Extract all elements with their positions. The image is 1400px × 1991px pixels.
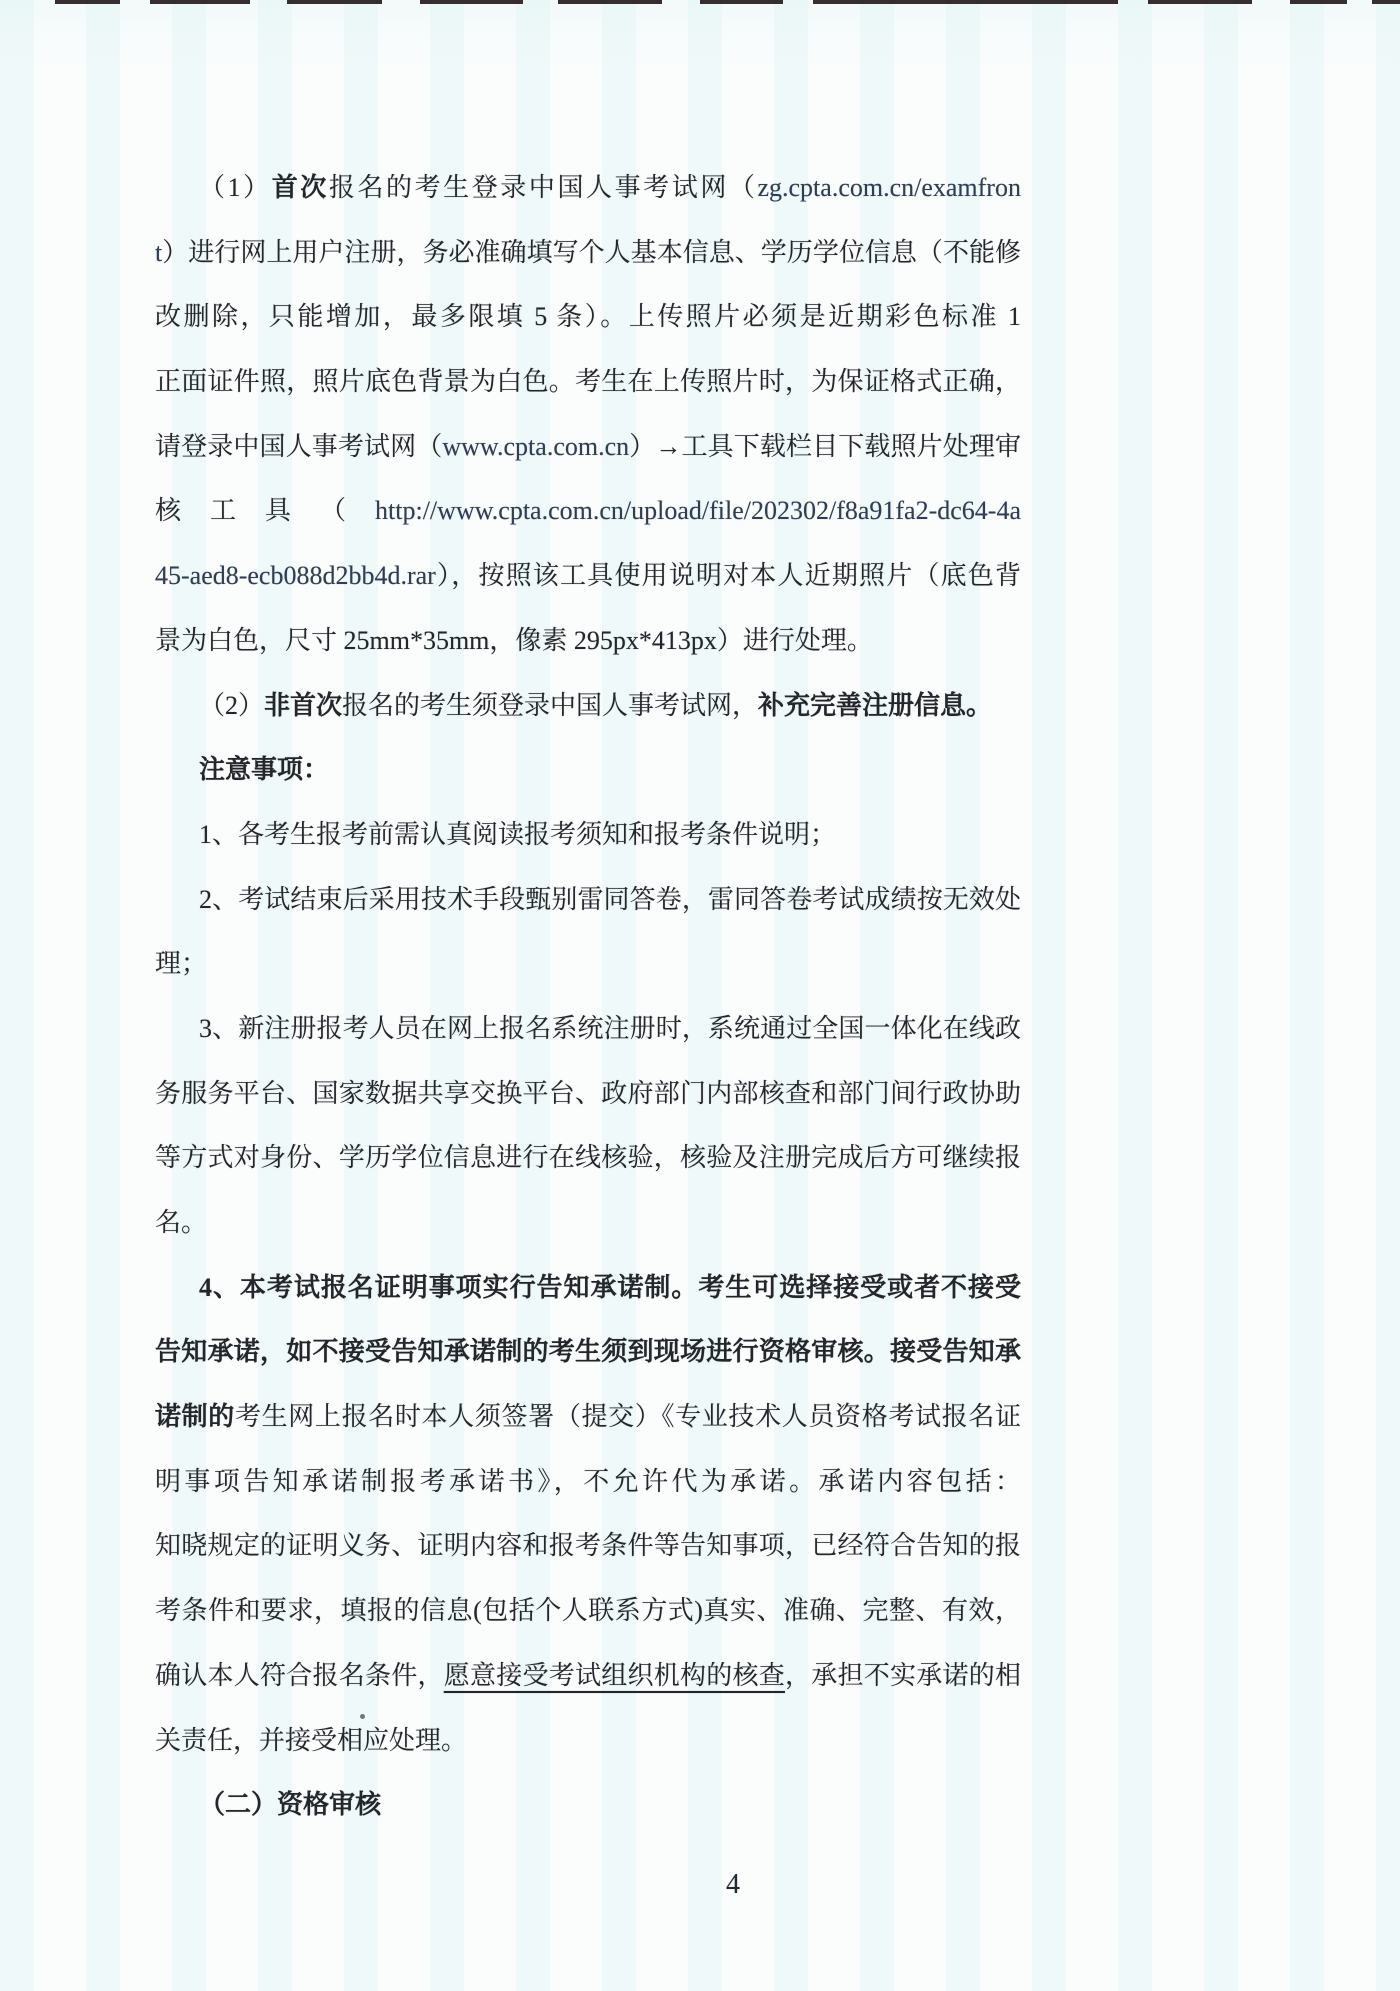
- text-line: 2、考试结束后采用技术手段甄别雷同答卷，雷同答卷考试成绩按无效处: [155, 868, 1021, 933]
- scan-artifact: [150, 0, 250, 4]
- text-segment: ）→工具下载栏目下载照片处理审: [629, 432, 1021, 461]
- text-line: 4、本考试报名证明事项实行告知承诺制。考生可选择接受或者不接受: [155, 1256, 1021, 1321]
- text-segment: 改删除，只能增加，最多限填 5 条）。上传照片必须是近期彩色标准 1 寸免冠: [155, 302, 1021, 350]
- underlined-text: 愿意接受考试组织机构的核查: [444, 1661, 785, 1690]
- text-segment: 务服务平台、国家数据共享交换平台、政府部门内部核查和部门间行政协助: [155, 1079, 1021, 1108]
- text-segment: 核工具（: [155, 496, 375, 525]
- bold-text: 诺制的: [155, 1402, 235, 1431]
- text-line: 注意事项：: [155, 738, 1021, 803]
- text-line: 明事项告知承诺制报考承诺书》，不允许代为承诺。承诺内容包括：确认已经: [155, 1450, 1021, 1515]
- text-segment: 知晓规定的证明义务、证明内容和报考条件等告知事项，已经符合告知的报: [155, 1531, 1021, 1560]
- text-segment: 关责任，并接受相应处理。: [155, 1726, 467, 1755]
- bold-text: 非首次: [264, 691, 342, 720]
- url-text: 45-aed8-ecb088d2bb4d.rar: [155, 561, 436, 590]
- text-line: 改删除，只能增加，最多限填 5 条）。上传照片必须是近期彩色标准 1 寸免冠: [155, 285, 1021, 350]
- url-text: http://www.cpta.com.cn/upload/file/20230…: [375, 496, 1021, 525]
- text-segment: 2、考试结束后采用技术手段甄别雷同答卷，雷同答卷考试成绩按无效处: [199, 885, 1021, 914]
- text-segment: 考条件和要求，填报的信息(包括个人联系方式)真实、准确、完整、有效，: [155, 1596, 1021, 1625]
- scan-artifact: [420, 0, 523, 4]
- scan-artifact: [287, 0, 382, 4]
- text-line: t）进行网上用户注册，务必准确填写个人基本信息、学历学位信息（不能修: [155, 221, 1021, 286]
- text-segment: 确认本人符合报名条件，: [155, 1661, 444, 1690]
- text-line: 告知承诺，如不接受告知承诺制的考生须到现场进行资格审核。接受告知承: [155, 1320, 1021, 1385]
- text-line: （二）资格审核: [155, 1773, 1021, 1838]
- scan-artifact: [55, 0, 120, 4]
- text-line: 务服务平台、国家数据共享交换平台、政府部门内部核查和部门间行政协助: [155, 1062, 1021, 1127]
- text-segment: 3、新注册报考人员在网上报名系统注册时，系统通过全国一体化在线政: [199, 1014, 1021, 1043]
- bold-text: （二）资格审核: [199, 1790, 381, 1819]
- text-line: 关责任，并接受相应处理。: [155, 1709, 1021, 1774]
- bold-text: 注意事项：: [199, 755, 329, 784]
- text-segment: ），按照该工具使用说明对本人近期照片（底色背: [436, 561, 1021, 590]
- text-segment: 请登录中国人事考试网（: [155, 432, 442, 461]
- text-line: 诺制的考生网上报名时本人须签署（提交）《专业技术人员资格考试报名证: [155, 1385, 1021, 1450]
- text-segment: （2）: [199, 691, 264, 720]
- bold-text: 告知承诺，如不接受告知承诺制的考生须到现场进行资格审核。接受告知承: [155, 1337, 1021, 1366]
- scan-artifact: [1290, 0, 1347, 4]
- text-segment: 名。: [155, 1208, 207, 1237]
- document-page: （1）首次报名的考生登录中国人事考试网（zg.cpta.com.cn/examf…: [0, 0, 1400, 1991]
- url-text: zg.cpta.com.cn/examfron: [757, 173, 1021, 202]
- text-line: 名。: [155, 1191, 1021, 1256]
- text-line: 理；: [155, 932, 1021, 997]
- text-segment: 景为白色，尺寸 25mm*35mm，像素 295px*413px）进行处理。: [155, 626, 873, 655]
- text-line: 考条件和要求，填报的信息(包括个人联系方式)真实、准确、完整、有效，: [155, 1579, 1021, 1644]
- text-line: 核工具（http://www.cpta.com.cn/upload/file/2…: [155, 479, 1021, 544]
- scan-artifact: [813, 0, 1118, 4]
- text-line: （1）首次报名的考生登录中国人事考试网（zg.cpta.com.cn/examf…: [155, 156, 1021, 221]
- text-line: 确认本人符合报名条件，愿意接受考试组织机构的核查，承担不实承诺的相: [155, 1644, 1021, 1709]
- bold-text: 首次: [272, 173, 329, 202]
- text-segment: 正面证件照，照片底色背景为白色。考生在上传照片时，为保证格式正确，: [155, 367, 1021, 396]
- text-line: 等方式对身份、学历学位信息进行在线核验，核验及注册完成后方可继续报: [155, 1126, 1021, 1191]
- text-line: （2）非首次报名的考生须登录中国人事考试网，补充完善注册信息。: [155, 674, 1021, 739]
- text-line: 1、各考生报考前需认真阅读报考须知和报考条件说明；: [155, 803, 1021, 868]
- text-segment: 明事项告知承诺制报考承诺书》，不允许代为承诺。承诺内容包括：确认已经: [155, 1467, 1021, 1515]
- text-line: 正面证件照，照片底色背景为白色。考生在上传照片时，为保证格式正确，: [155, 350, 1021, 415]
- page-number: 4: [726, 1869, 740, 1901]
- text-segment: 1、各考生报考前需认真阅读报考须知和报考条件说明；: [199, 820, 836, 849]
- text-segment: 报名的考生须登录中国人事考试网，: [342, 691, 758, 720]
- url-text: www.cpta.com.cn: [442, 432, 629, 461]
- text-segment: ，承担不实承诺的相: [785, 1661, 1021, 1690]
- text-segment: 考生网上报名时本人须签署（提交）《专业技术人员资格考试报名证: [235, 1402, 1021, 1431]
- text-line: 请登录中国人事考试网（www.cpta.com.cn）→工具下载栏目下载照片处理…: [155, 415, 1021, 480]
- text-line: 3、新注册报考人员在网上报名系统注册时，系统通过全国一体化在线政: [155, 997, 1021, 1062]
- text-segment: 报名的考生登录中国人事考试网（: [329, 173, 758, 202]
- text-segment: （1）: [199, 173, 272, 202]
- text-line: 知晓规定的证明义务、证明内容和报考条件等告知事项，已经符合告知的报: [155, 1514, 1021, 1579]
- scan-artifact: [558, 0, 662, 4]
- bold-text: 补充完善注册信息。: [758, 691, 992, 720]
- document-body: （1）首次报名的考生登录中国人事考试网（zg.cpta.com.cn/examf…: [155, 156, 1021, 1838]
- text-line: 景为白色，尺寸 25mm*35mm，像素 295px*413px）进行处理。: [155, 609, 1021, 674]
- bold-text: 4、本考试报名证明事项实行告知承诺制。考生可选择接受或者不接受: [199, 1273, 1021, 1302]
- text-segment: 理；: [155, 949, 207, 978]
- scan-artifact: [1372, 0, 1400, 4]
- text-line: 45-aed8-ecb088d2bb4d.rar），按照该工具使用说明对本人近期…: [155, 544, 1021, 609]
- text-segment: 等方式对身份、学历学位信息进行在线核验，核验及注册完成后方可继续报: [155, 1143, 1021, 1172]
- scan-artifact: [700, 0, 783, 4]
- text-segment: ）进行网上用户注册，务必准确填写个人基本信息、学历学位信息（不能修: [162, 238, 1021, 267]
- scan-artifact: [1148, 0, 1252, 4]
